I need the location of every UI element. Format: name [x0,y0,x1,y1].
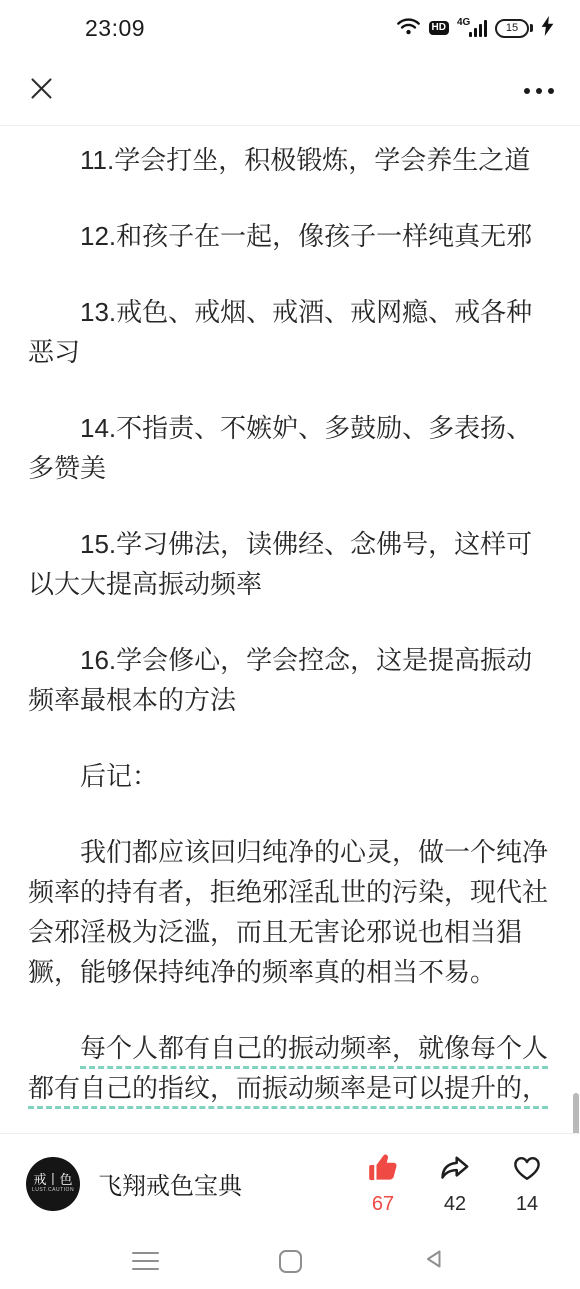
clock-text: 23:09 [85,15,145,42]
header-bar [0,56,580,126]
article-paragraph: 12.和孩子在一起，像孩子一样纯真无邪 [28,216,552,256]
heart-icon [509,1151,545,1190]
status-bar: 23:09 HD 4G 15 [0,0,580,56]
like-button[interactable]: 67 [360,1151,406,1216]
account-link[interactable]: 戒丨色 LUST.CAUTION 飞翔戒色宝典 [26,1157,242,1211]
article-paragraph: 后记： [28,756,552,796]
article-paragraph-underlined: 每个人都有自己的振动频率，就像每个人都有自己的指纹，而振动频率是可以提升的， [28,1028,552,1108]
more-menu-icon [524,88,530,94]
close-button[interactable] [26,76,56,106]
article-paragraph: 14.不指责、不嫉妒、多鼓励、多表扬、多赞美 [28,408,552,488]
share-button[interactable]: 42 [432,1151,478,1216]
menu-icon [132,1252,159,1270]
nav-menu-button[interactable] [128,1244,162,1278]
share-arrow-icon [437,1151,473,1190]
article-paragraph: 11.学会打坐，积极锻炼，学会养生之道 [28,140,552,180]
hd-volte-icon: HD [429,21,449,35]
status-icons: HD 4G 15 [396,16,554,41]
cellular-signal-icon: 4G [457,17,487,39]
battery-icon: 15 [495,19,533,38]
article-paragraph: 15.学习佛法，读佛经、念佛号，这样可以大大提高振动频率 [28,524,552,604]
account-avatar: 戒丨色 LUST.CAUTION [26,1157,80,1211]
close-icon [28,75,55,107]
article-paragraph: 13.戒色、戒烟、戒酒、戒网瘾、戒各种恶习 [28,292,552,372]
android-nav-bar [0,1233,580,1289]
battery-percent-text: 15 [506,22,518,34]
article-paragraph: 我们都应该回归纯净的心灵，做一个纯净频率的持有者，拒绝邪淫乱世的污染，现代社会邪… [28,832,552,992]
account-name: 飞翔戒色宝典 [98,1166,242,1201]
favorite-button[interactable]: 14 [504,1151,550,1216]
thumbs-up-icon [365,1151,401,1190]
favorite-count: 14 [516,1193,538,1216]
home-icon [279,1250,302,1273]
footer-bar: 戒丨色 LUST.CAUTION 飞翔戒色宝典 67 42 [0,1133,580,1233]
more-menu-button[interactable] [524,82,554,100]
like-count: 67 [372,1193,394,1216]
wifi-icon [396,16,421,41]
charging-bolt-icon [541,16,554,41]
action-buttons: 67 42 14 [360,1151,550,1216]
nav-home-button[interactable] [273,1244,307,1278]
article-paragraph: 16.学会修心，学会控念，这是提高振动频率最根本的方法 [28,640,552,720]
back-icon [423,1247,447,1276]
article-body: 11.学会打坐，积极锻炼，学会养生之道 12.和孩子在一起，像孩子一样纯真无邪 … [0,126,580,1108]
nav-back-button[interactable] [418,1244,452,1278]
share-count: 42 [444,1193,466,1216]
